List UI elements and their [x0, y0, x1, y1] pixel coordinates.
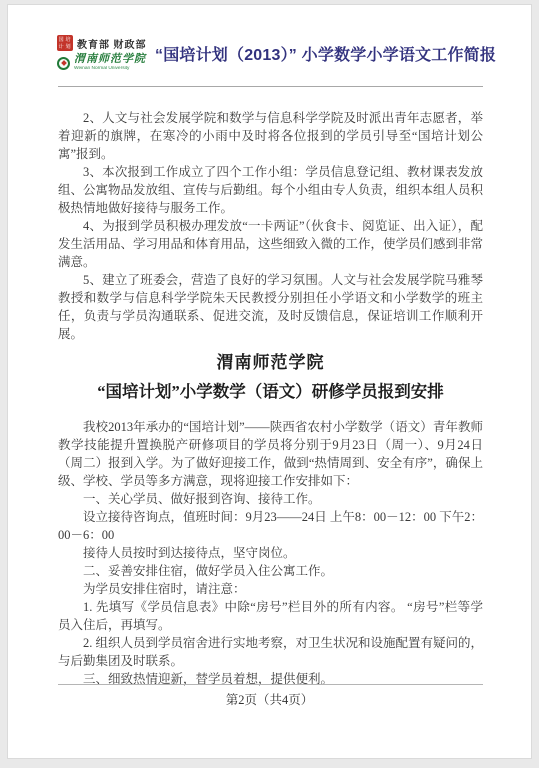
notice-item: 一、关心学员、做好报到咨询、接待工作。	[58, 490, 483, 508]
guopei-seal-icon: 国 培 计 划	[57, 35, 73, 51]
university-name-en: Weinan Normal University	[74, 66, 132, 71]
seal-char: 划	[66, 44, 71, 49]
header-divider	[58, 86, 483, 87]
notice-item: 设立接待咨询点，值班时间：9月23——24日 上午8：00－12：00 下午2：…	[58, 508, 483, 544]
notice-item: 2. 组织人员到学员宿舍进行实地考察，对卫生状况和设施配置有疑问的，与后勤集团及…	[58, 634, 483, 670]
notice-intro-paragraph: 我校2013年承办的“国培计划”——陕西省农村小学数学（语文）青年教师教学技能提…	[58, 418, 483, 490]
notice-heading-university: 渭南师范学院	[58, 350, 483, 376]
briefing-paragraph: 4、为报到学员积极办理发放“一卡两证”（伙食卡、阅览证、出入证），配发生活用品、…	[58, 217, 483, 271]
university-name-cn: 渭南师范学院	[74, 54, 146, 65]
logo-block: 国 培 计 划 教育部 财政部 渭南师范学院 Weinan Normal Uni…	[57, 35, 149, 72]
notice-item: 1. 先填写《学员信息表》中除“房号”栏目外的所有内容。 “房号”栏等学员入住后…	[58, 598, 483, 634]
notice-item: 二、妥善安排住宿，做好学员入住公寓工作。	[58, 562, 483, 580]
briefing-paragraph: 5、建立了班委会，营造了良好的学习氛围。人文与社会发展学院马雅琴教授和数学与信息…	[58, 271, 483, 343]
seal-char: 国	[59, 37, 64, 42]
document-page: 国 培 计 划 教育部 财政部 渭南师范学院 Weinan Normal Uni…	[7, 4, 532, 759]
notice-item: 接待人员按时到达接待点，坚守岗位。	[58, 544, 483, 562]
emblem-core	[61, 60, 67, 66]
document-viewport: { "header": { "seal_chars": ["国", "培", "…	[0, 0, 539, 768]
briefing-paragraph: 2、人文与社会发展学院和数学与信息科学学院及时派出青年志愿者，举着迎新的旗牌，在…	[58, 109, 483, 163]
university-row: 渭南师范学院 Weinan Normal University	[57, 54, 149, 72]
seal-char: 培	[66, 37, 71, 42]
ministries-label: 教育部 财政部	[77, 36, 147, 51]
notice-item: 三、细致热情迎新，替学员着想，提供便利。	[58, 670, 483, 688]
ministries-row: 国 培 计 划 教育部 财政部	[57, 35, 149, 51]
notice-item: 为学员安排住宿时，请注意：	[58, 580, 483, 598]
document-masthead: 国 培 计 划 教育部 财政部 渭南师范学院 Weinan Normal Uni…	[57, 35, 487, 72]
document-body: 2、人文与社会发展学院和数学与信息科学学院及时派出青年志愿者，举着迎新的旗牌，在…	[58, 109, 483, 688]
page-number-label: 第2页（共4页）	[8, 690, 531, 708]
notice-heading-title: “国培计划”小学数学（语文）研修学员报到安排	[58, 379, 483, 405]
seal-char: 计	[59, 44, 64, 49]
university-names: 渭南师范学院 Weinan Normal University	[74, 54, 146, 72]
footer-divider	[58, 684, 483, 685]
masthead-title: “国培计划（2013）” 小学数学小学语文工作简报	[155, 42, 496, 65]
briefing-paragraph: 3、本次报到工作成立了四个工作小组：学员信息登记组、教材课表发放组、公寓物品发放…	[58, 163, 483, 217]
university-emblem-icon	[57, 57, 70, 70]
